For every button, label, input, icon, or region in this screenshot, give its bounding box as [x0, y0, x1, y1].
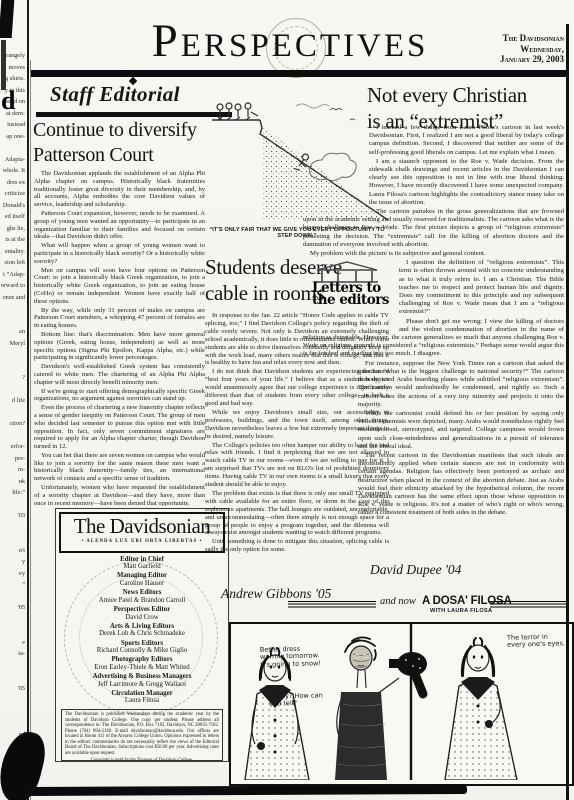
staff-editorial-rule [36, 112, 232, 117]
edge-fragment: Donald's [0, 202, 25, 210]
edge-fragment [0, 501, 25, 509]
edge-fragment [0, 708, 25, 716]
edge-fragment: y [0, 558, 25, 566]
edge-headline-fragment: d [1, 86, 15, 116]
edge-fragment [0, 144, 25, 152]
masthead-logo: The Davidsonian [61, 514, 223, 539]
staff-role: Arts & Living Editors [56, 623, 228, 631]
extremist-paragraph: For instance, suppose the New York Times… [358, 360, 564, 409]
edge-fragment: pre- [0, 455, 25, 463]
staff-entry: Arts & Living EditorsDerek Loh & Chris S… [56, 623, 228, 638]
masthead-box: The Davidsonian • ALENDA LUX UBI ORTA LI… [55, 508, 229, 762]
edge-fragment [0, 317, 25, 325]
newspaper-page: rangelymovesg shirts.y in thisused onat … [0, 0, 574, 800]
edge-fragment [0, 305, 25, 313]
editorial-body: The Davidsonian applauds the establishme… [34, 170, 205, 506]
edge-fragment: ts at the [0, 236, 25, 244]
publication-info: The Davidsonian is published Wednesdays … [65, 712, 219, 756]
extremist-paragraph: My problem with the picture is its subje… [303, 250, 564, 258]
editorial-headline-line1: Continue to diversify [33, 118, 211, 143]
edge-fragment: '05 [0, 604, 25, 612]
staff-entry: Editor in ChiefMatt Garfield [56, 556, 228, 571]
edge-fragment: whole. It [0, 167, 25, 175]
editorial-headline: Continue to diversify Patterson Court [33, 118, 211, 168]
edge-fragment [0, 627, 25, 635]
edge-fragment: entality. [0, 248, 25, 256]
adjacent-page-fragments: rangelymovesg shirts.y in thisused onat … [0, 52, 25, 777]
editorial-paragraph: You can bet that there are seven women o… [34, 452, 205, 483]
editorial-paragraph: Unfortunately, women who have requested … [34, 484, 205, 506]
cartoon-wrap-spacer [303, 124, 369, 214]
staff-names: Richard Connolly & Mike Giglio [56, 647, 228, 655]
edge-fragment: ed itself [0, 213, 25, 221]
edge-fragment: ” [0, 581, 25, 589]
letters-to-editors-graphic: Letters to the editors [312, 261, 394, 327]
staff-role: News Editors [56, 589, 228, 597]
edge-fragment [0, 363, 25, 371]
speech-bubble-1: Better dress warmly tomorrow. It's going… [260, 645, 325, 669]
extremist-paragraph: The recent cartoon in the Davidsonian ma… [358, 452, 564, 518]
comic-kicker-prefix: and now [380, 596, 416, 607]
section-title: Perspectives [112, 14, 468, 68]
editorial-paragraph: Bottom line: that's discrimination. Men … [34, 331, 205, 362]
edge-fragment: ey [0, 570, 25, 578]
staff-names: David Crow [56, 614, 228, 622]
letters-graphic-text: Letters to the editors [312, 283, 394, 306]
header-rule [31, 70, 566, 77]
edge-fragment: t “Adap- [0, 271, 25, 279]
staff-role: Perspectives Editor [56, 606, 228, 614]
staff-entry: Advertising & Business ManagersJeff Larr… [56, 673, 228, 688]
edge-fragment: ta- [0, 650, 25, 658]
edge-fragment: sion left [0, 259, 25, 267]
torn-page-edge [27, 0, 29, 800]
edge-fragment: instead [0, 121, 25, 129]
editorial-paragraph: If we're going to start offering demogra… [34, 388, 205, 404]
staff-names: Caroline Hauser [56, 580, 228, 588]
edge-fragment: e [0, 639, 25, 647]
staff-role: Sports Editors [56, 640, 228, 648]
comic-strip: Better dress warmly tomorrow. It's going… [229, 622, 574, 786]
edge-fragment: orward to [0, 282, 25, 290]
extremist-paragraph: The cartoon partakes in the gross genera… [303, 208, 564, 249]
staff-names: Matt Garfield [56, 563, 228, 571]
editorial-paragraph: Men on campus will soon have four option… [34, 267, 205, 306]
edge-fragment [0, 616, 25, 624]
edge-fragment: Meryl [0, 340, 25, 348]
extremist-article-body: I learned a few things from Laura Filosa… [303, 124, 564, 560]
paras-mid: The cartoon partakes in the gross genera… [303, 208, 564, 258]
editorial-paragraph: Even the process of chartering a new fra… [34, 404, 205, 451]
edge-fragment: m- [0, 466, 25, 474]
paras-bottom: For instance, suppose the New York Times… [303, 360, 564, 518]
edge-fragment: dres ex [0, 179, 25, 187]
kicker-stripe-right [490, 601, 566, 608]
edge-fragment [0, 719, 25, 727]
edge-fragment [0, 662, 25, 670]
staff-names: Amiee Patel & Brandon Carroll [56, 597, 228, 605]
staff-entry: Photography EditorsEron Earley-Thiele & … [56, 656, 228, 671]
masthead-motto: • ALENDA LUX UBI ORTA LIBERTAS • [61, 539, 223, 544]
edge-fragment [0, 673, 25, 681]
edge-fragment: nk [0, 478, 25, 486]
letters-line2: the editors [312, 295, 394, 307]
editorial-paragraph: What will happen when a group of young w… [34, 242, 205, 265]
editorial-paragraph: By the way, while only 31 percent of mal… [34, 307, 205, 330]
staff-editorial-label: Staff Editorial [50, 82, 180, 107]
edge-fragment: Adapta- [0, 156, 25, 164]
scan-edge-bar [25, 785, 467, 796]
staff-entry: Perspectives EditorDavid Crow [56, 606, 228, 621]
cable-article-byline: Andrew Gibbons '05 [221, 586, 331, 602]
editorial-paragraph: The Davidsonian applauds the establishme… [34, 170, 205, 209]
staff-entry: Sports EditorsRichard Connolly & Mike Gi… [56, 640, 228, 655]
edge-fragment [0, 432, 25, 440]
staff-names: Eron Earley-Thiele & Matt Whited [56, 664, 228, 672]
edge-fragment [0, 535, 25, 543]
publication-info-box: The Davidsonian is published Wednesdays … [61, 709, 223, 761]
edge-fragment [0, 409, 25, 417]
edge-fragment: d life [0, 397, 25, 405]
edge-fragment [0, 386, 25, 394]
staff-names: Laura Filosa [56, 697, 228, 705]
edge-fragment: '03 [0, 512, 25, 520]
staff-role: Managing Editor [56, 572, 228, 580]
edge-fragment: '05 [0, 685, 25, 693]
page-right-edge [566, 24, 569, 800]
staff-entry: News EditorsAmiee Patel & Brandon Carrol… [56, 589, 228, 604]
editorial-paragraph: Davidson's well-established Greek system… [34, 363, 205, 386]
staff-role: Circulation Manager [56, 690, 228, 698]
extremist-headline-line1: Not every Christian [367, 82, 567, 108]
staff-names: Derek Loh & Chris Schmadeke [56, 630, 228, 638]
date-weekday: Wednesday, [434, 44, 564, 55]
edge-fragment [0, 351, 25, 359]
date-full: January 29, 2003 [434, 54, 564, 65]
edge-fragment: erfor- [0, 443, 25, 451]
edge-fragment: ghs lie, [0, 225, 25, 233]
staff-entry: Circulation ManagerLaura Filosa [56, 690, 228, 705]
edge-fragment: an [0, 328, 25, 336]
masthead-logo-box: The Davidsonian • ALENDA LUX UBI ORTA LI… [59, 512, 225, 553]
edge-fragment: n't [0, 547, 25, 555]
edge-fragment: criticize [0, 190, 25, 198]
editorial-paragraph: Patterson Court expansion, however, need… [34, 210, 205, 241]
staff-names: Jeff Larrimore & Gregg Wallace [56, 681, 228, 689]
edge-fragment: ? [0, 374, 25, 382]
dateline: The Davidsonian Wednesday, January 29, 2… [434, 33, 564, 65]
kicker-stripe-left [288, 601, 376, 608]
ink-mark-top-left-2 [1, 40, 6, 90]
staff-role: Photography Editors [56, 656, 228, 664]
edge-fragment: life.” [0, 489, 25, 497]
staff-role: Advertising & Business Managers [56, 673, 228, 681]
staff-list: Editor in ChiefMatt GarfieldManaging Edi… [56, 554, 228, 705]
edge-fragment [0, 524, 25, 532]
speech-bubble-2: Really? How can you tell? [269, 692, 323, 708]
paper-name: The Davidsonian [434, 33, 564, 44]
staff-role: Editor in Chief [56, 556, 228, 564]
extremist-article-byline: David Dupee '04 [370, 562, 461, 578]
edge-fragment [0, 593, 25, 601]
ink-mark-top-left [0, 0, 14, 38]
comic-subtitle: WITH LAURA FILOSA [430, 608, 492, 614]
edge-fragment: onze and [0, 294, 25, 302]
staff-entry: Managing EditorCaroline Hauser [56, 572, 228, 587]
editorial-headline-line2: Patterson Court [33, 143, 211, 168]
speech-bubble-3: The terror in every one's eyes. [507, 633, 567, 649]
edge-fragment: ction? [0, 420, 25, 428]
edge-fragment: ap one- [0, 133, 25, 141]
copyright-line: Copyright is held by the Trustees of Dav… [65, 758, 219, 762]
page-fold-line [30, 60, 31, 800]
extremist-paragraph: While the cartoonist could defend his or… [358, 410, 564, 451]
edge-fragment [0, 696, 25, 704]
